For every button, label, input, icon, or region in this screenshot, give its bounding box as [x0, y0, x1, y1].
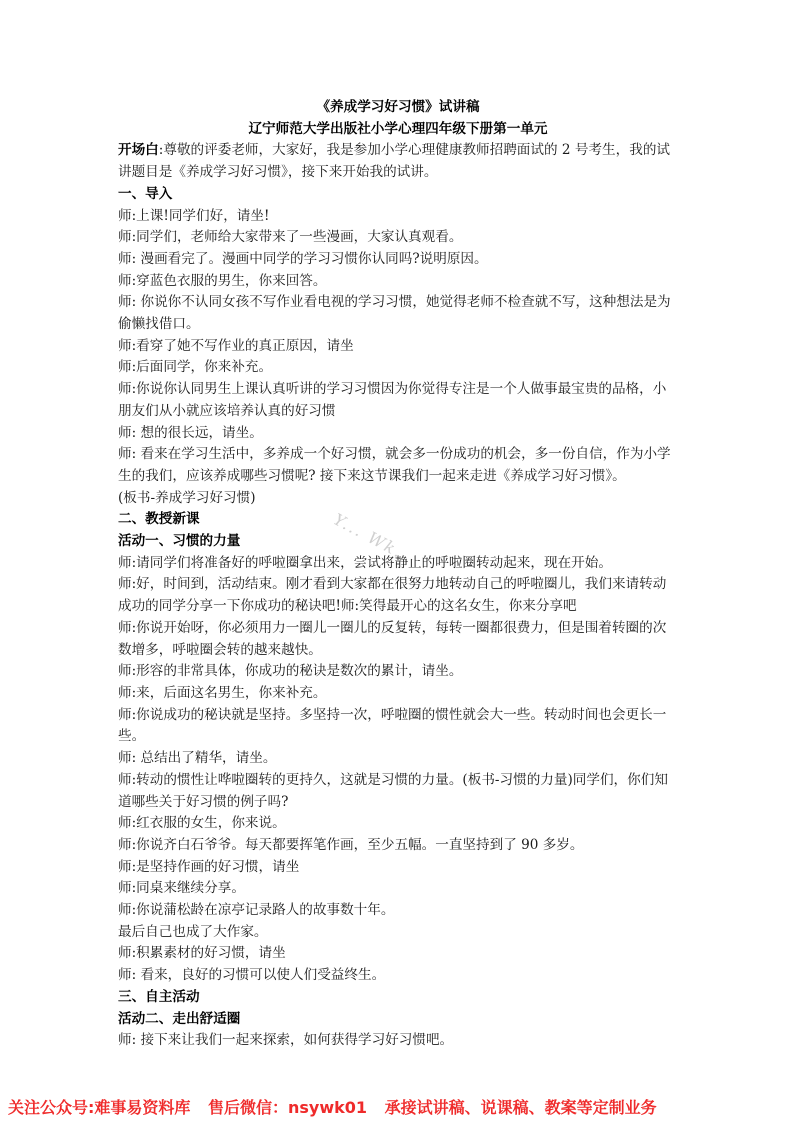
paragraph: 师:积累素材的好习惯，请坐 — [118, 943, 678, 965]
paragraph: 师:同学们，老师给大家带来了一些漫画，大家认真观看。 — [118, 227, 678, 249]
paragraph: 师:好，时间到，活动结束。刚才看到大家都在很努力地转动自己的呼啦圈儿，我们来请转… — [118, 574, 678, 617]
section-heading: 活动二、走出舒适圈 — [118, 1009, 678, 1031]
paragraph: 师:上课!同学们好，请坐! — [118, 206, 678, 228]
paragraph: 师: 漫画看完了。漫画中同学的学习习惯你认同吗?说明原因。 — [118, 249, 678, 271]
paragraph: 师:穿蓝色衣服的男生，你来回答。 — [118, 271, 678, 293]
paragraph: 师:同桌来继续分享。 — [118, 878, 678, 900]
body-paragraphs: 一、导入师:上课!同学们好，请坐!师:同学们，老师给大家带来了一些漫画，大家认真… — [118, 184, 678, 1052]
opening-label: 开场白 — [118, 142, 159, 158]
paragraph: 师:形容的非常具体，你成功的秘诀是数次的累计，请坐。 — [118, 661, 678, 683]
paragraph: 师:来，后面这名男生，你来补充。 — [118, 683, 678, 705]
paragraph: 师: 看来，良好的习惯可以使人们受益终生。 — [118, 965, 678, 987]
paragraph: (板书-养成学习好习惯) — [118, 488, 678, 510]
document-title: 《养成学习好习惯》试讲稿 — [118, 97, 678, 119]
footer-wechat-account: 关注公众号:难事易资料库 — [8, 1098, 190, 1117]
paragraph: 师:是坚持作画的好习惯，请坐 — [118, 857, 678, 879]
paragraph: 最后自己也成了大作家。 — [118, 922, 678, 944]
paragraph: 师: 想的很长远，请坐。 — [118, 423, 678, 445]
paragraph: 师:你说成功的秘诀就是坚持。多坚持一次，呼啦圈的惯性就会大一些。转动时间也会更长… — [118, 705, 678, 748]
opening-text: :尊敬的评委老师，大家好，我是参加小学心理健康教师招聘面试的 2 号考生，我的试… — [118, 142, 670, 180]
paragraph: 师:你说你认同男生上课认真听讲的学习习惯因为你觉得专注是一个人做事最宝贵的品格，… — [118, 379, 678, 422]
paragraph: 师: 接下来让我们一起来探索，如何获得学习好习惯吧。 — [118, 1030, 678, 1052]
paragraph: 师:后面同学，你来补充。 — [118, 357, 678, 379]
document-subtitle: 辽宁师范大学出版社小学心理四年级下册第一单元 — [118, 119, 678, 141]
paragraph: 师:你说齐白石爷爷。每天都要挥笔作画，至少五幅。一直坚持到了 90 多岁。 — [118, 835, 678, 857]
footer-services: 承接试讲稿、说课稿、教案等定制业务 — [385, 1098, 657, 1117]
paragraph: 师:看穿了她不写作业的真正原因，请坐 — [118, 336, 678, 358]
footer-banner: 关注公众号:难事易资料库 售后微信：nsywk01 承接试讲稿、说课稿、教案等定… — [0, 1094, 793, 1122]
section-heading: 二、教授新课 — [118, 509, 678, 531]
paragraph: 师:红衣服的女生，你来说。 — [118, 813, 678, 835]
document-page: 《养成学习好习惯》试讲稿 辽宁师范大学出版社小学心理四年级下册第一单元 开场白:… — [118, 97, 678, 1052]
paragraph: 师:转动的惯性让哗啦圈转的更持久，这就是习惯的力量。(板书-习惯的力量)同学们，… — [118, 770, 678, 813]
paragraph: 师: 总结出了精华，请坐。 — [118, 748, 678, 770]
paragraph: 师:你说蒲松龄在凉亭记录路人的故事数十年。 — [118, 900, 678, 922]
paragraph: 师: 你说你不认同女孩不写作业看电视的学习习惯，她觉得老师不检查就不写，这种想法… — [118, 292, 678, 335]
section-heading: 三、自主活动 — [118, 987, 678, 1009]
opening-paragraph: 开场白:尊敬的评委老师，大家好，我是参加小学心理健康教师招聘面试的 2 号考生，… — [118, 140, 678, 183]
paragraph: 师: 看来在学习生活中，多养成一个好习惯，就会多一份成功的机会，多一份自信，作为… — [118, 444, 678, 487]
section-heading: 一、导入 — [118, 184, 678, 206]
paragraph: 师:你说开始呀，你必须用力一圈儿一圈儿的反复转，每转一圈都很费力，但是围着转圈的… — [118, 618, 678, 661]
footer-support-wechat: 售后微信：nsywk01 — [208, 1098, 367, 1117]
